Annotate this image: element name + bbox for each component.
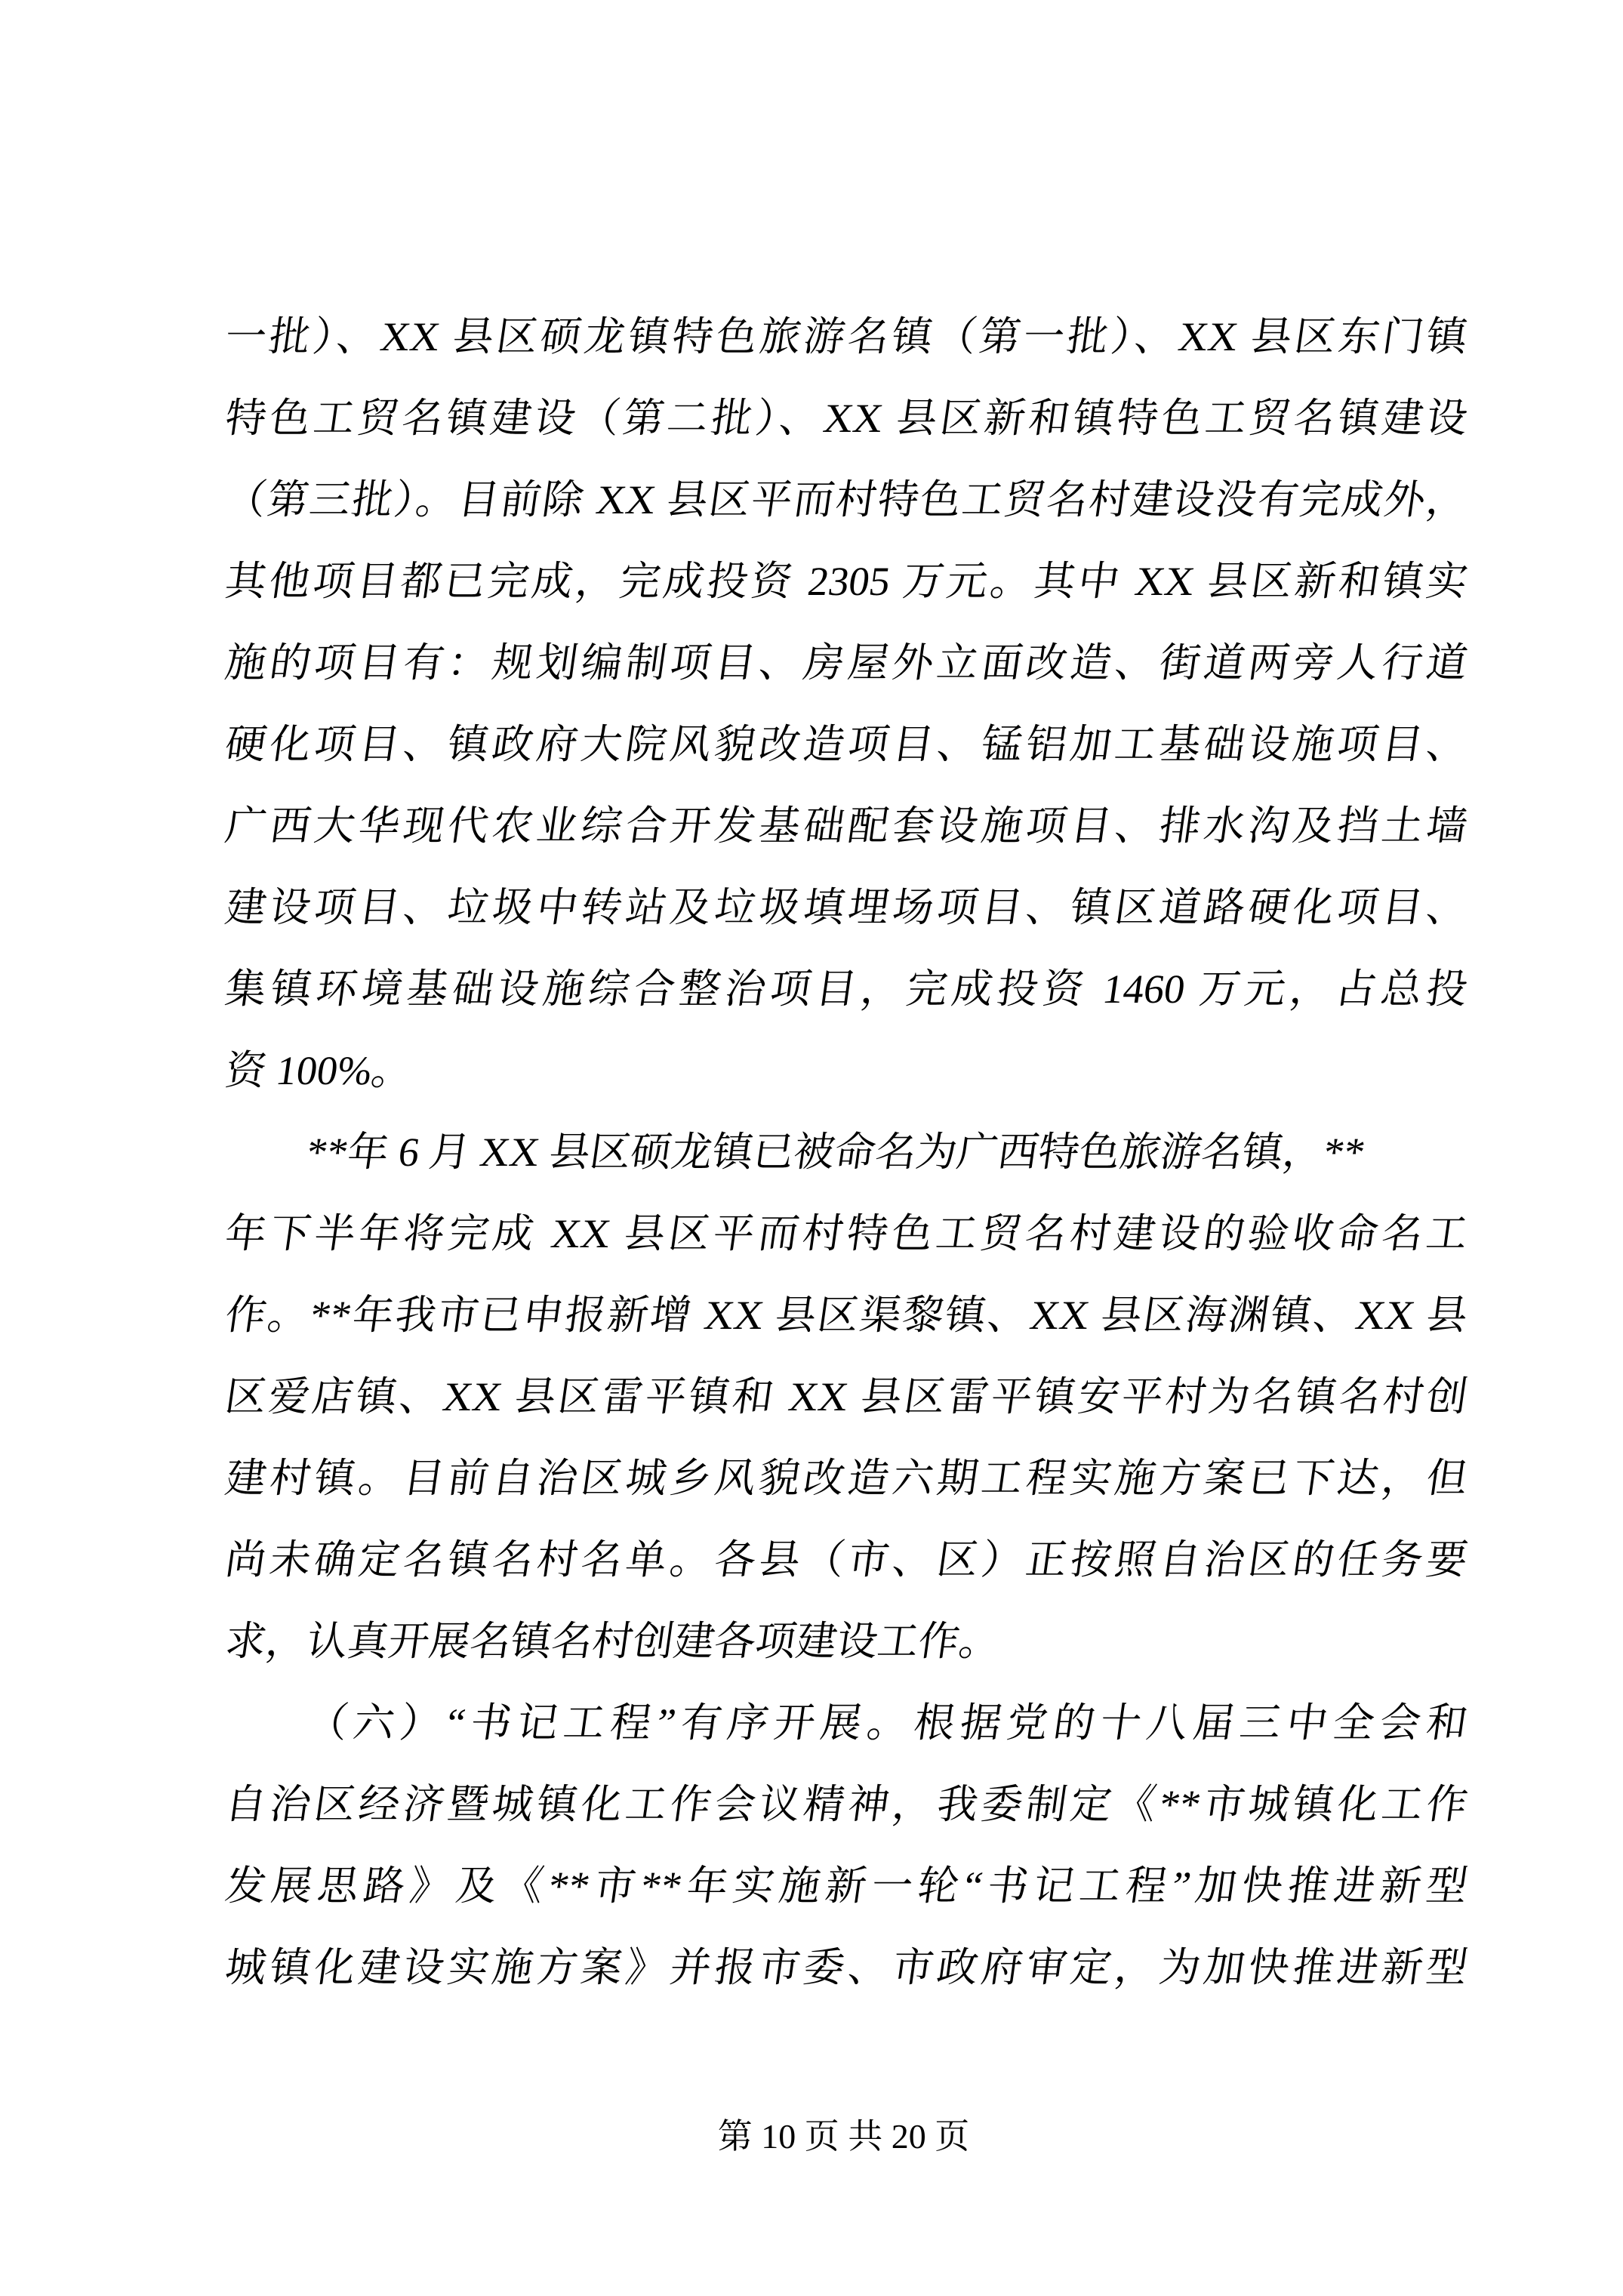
page-footer: 第 10 页 共 20 页 (223, 2114, 1464, 2159)
text-line: 资 100%。 (220, 1030, 1473, 1111)
text-line: 城镇化建设实施方案》并报市委、市政府审定，为加快推进新型 (220, 1927, 1473, 2008)
text-line: （第三批）。目前除 XX 县区平而村特色工贸名村建设没有完成外， (220, 459, 1473, 541)
text-line: （六）“书记工程”有序开展。根据党的十八届三中全会和 (220, 1682, 1473, 1764)
text-line: 广西大华现代农业综合开发基础配套设施项目、排水沟及挡土墙 (220, 785, 1473, 867)
text-line: 建村镇。目前自治区城乡风貌改造六期工程实施方案已下达，但 (220, 1438, 1473, 1519)
text-line: 尚未确定名镇名村名单。各县（市、区）正按照自治区的任务要 (220, 1519, 1473, 1601)
text-line: 一批）、XX 县区硕龙镇特色旅游名镇（第一批）、XX 县区东门镇 (220, 296, 1473, 378)
document-body: 一批）、XX 县区硕龙镇特色旅游名镇（第一批）、XX 县区东门镇特色工贸名镇建设… (223, 296, 1464, 2008)
text-line: 区爱店镇、XX 县区雷平镇和 XX 县区雷平镇安平村为名镇名村创 (220, 1356, 1473, 1438)
text-line: 求，认真开展名镇名村创建各项建设工作。 (220, 1601, 1473, 1682)
document-page: 一批）、XX 县区硕龙镇特色旅游名镇（第一批）、XX 县区东门镇特色工贸名镇建设… (0, 0, 1623, 2296)
text-line: 作。**年我市已申报新增 XX 县区渠黎镇、XX 县区海渊镇、XX 县 (220, 1274, 1473, 1356)
page-number-label: 第 10 页 共 20 页 (718, 2117, 970, 2156)
text-line: 年下半年将完成 XX 县区平而村特色工贸名村建设的验收命名工 (220, 1193, 1473, 1274)
text-line: 发展思路》及《**市**年实施新一轮“书记工程”加快推进新型 (220, 1845, 1473, 1927)
text-line: **年 6 月 XX 县区硕龙镇已被命名为广西特色旅游名镇，** (220, 1111, 1473, 1193)
text-line: 其他项目都已完成，完成投资 2305 万元。其中 XX 县区新和镇实 (220, 541, 1473, 622)
text-line: 集镇环境基础设施综合整治项目，完成投资 1460 万元，占总投 (220, 948, 1473, 1030)
text-line: 特色工贸名镇建设（第二批）、XX 县区新和镇特色工贸名镇建设 (220, 378, 1473, 459)
text-line: 建设项目、垃圾中转站及垃圾填埋场项目、镇区道路硬化项目、 (220, 867, 1473, 948)
text-line: 硬化项目、镇政府大院风貌改造项目、锰铝加工基础设施项目、 (220, 704, 1473, 785)
text-line: 施的项目有：规划编制项目、房屋外立面改造、街道两旁人行道 (220, 622, 1473, 704)
text-line: 自治区经济暨城镇化工作会议精神，我委制定《**市城镇化工作 (220, 1764, 1473, 1845)
